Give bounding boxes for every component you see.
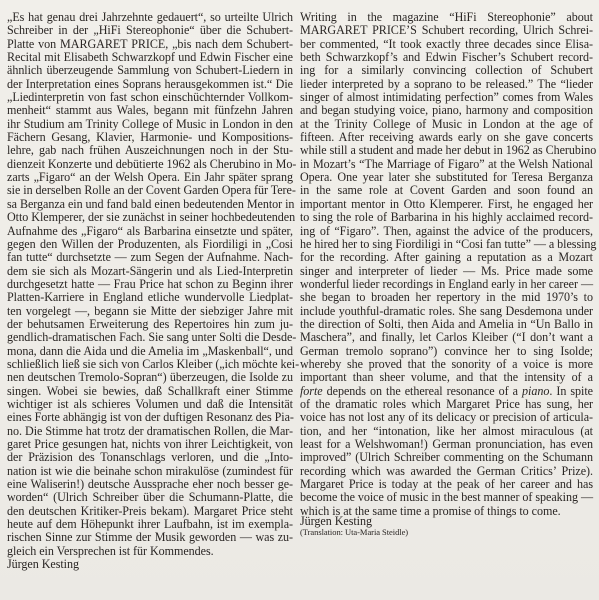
english-text-line: forte depends on the ethereal resonance …	[300, 385, 593, 398]
german-text-line: gendlich-dramatischen Fach. Sie sang unt…	[7, 331, 293, 344]
german-text-line: Platte von MARGARET PRICE, „bis nach dem…	[7, 38, 293, 51]
english-text-line: singer of almost intimidating perfection…	[300, 91, 593, 104]
german-text-line: nen deutschen Tremolo-Sopran“) überzeuge…	[7, 371, 293, 384]
german-text-line: Platten-Karriere in England etliche wund…	[7, 291, 293, 304]
german-text-line: Aufnahme des „Figaro“ als Barbarina eins…	[7, 225, 293, 238]
english-text-line: MARGARET PRICE’S Schubert recording, Ulr…	[300, 24, 593, 37]
german-text-line: der behutsamen Erweiterung des Repertoir…	[7, 318, 293, 331]
german-text-line: eines Forte abhängig ist von der duftige…	[7, 411, 293, 424]
english-text-line: fifteen. After receiving awards early on…	[300, 131, 593, 144]
text-fragment: . In spite	[549, 384, 593, 398]
german-text-line: sie in derselben Rolle an der Covent Gar…	[7, 184, 293, 197]
english-signature-block: Jürgen Kesting (Translation: Uta-Maria S…	[300, 515, 408, 537]
english-text-line: in Mozart’s “The Marriage of Figaro” at …	[300, 158, 593, 171]
german-text-line: gegen den Willen der Produzenten, als Fi…	[7, 238, 293, 251]
german-text-line: sa Berganza ein und fand bald einen bede…	[7, 198, 293, 211]
german-text-line: „Es hat genau drei Jahrzehnte gedauert“,…	[7, 11, 293, 24]
english-text-line: to sing the role of Barbarina in his hig…	[300, 211, 593, 224]
english-text-line: beth Schwarzkopf’s and Edwin Fischer’s S…	[300, 51, 593, 64]
english-text-line: Writing in the magazine “HiFi Stereophon…	[300, 11, 593, 24]
english-text-line: he hired her to sing Fiordiligi in “Cosi…	[300, 238, 593, 251]
english-text-line: ing for a similarly convincing collectio…	[300, 64, 593, 77]
english-text-line: and began studying voice, piano, harmony…	[300, 104, 593, 117]
english-text-line: for the recording. After gaining a reput…	[300, 251, 593, 264]
text-fragment: depends on the ethereal resonance of a	[323, 384, 522, 398]
english-text-line: Margaret Price is today at the peak of h…	[300, 478, 593, 491]
german-text-line: den deutschen Kritiker-Preis bekam). Mar…	[7, 505, 293, 518]
german-text-line: singen. Wobei sie bewies, daß Schallkraf…	[7, 385, 293, 398]
english-text-line: Opera. One year later she substituted fo…	[300, 171, 593, 184]
german-text-line: dem sie sich als Mozart-Sängerin und als…	[7, 265, 293, 278]
english-text-line: important than sheer volume, and that th…	[300, 371, 593, 384]
german-text-line: Schreiber in der „HiFi Stereophonie“ übe…	[7, 24, 293, 37]
english-text-line: recording which was awarded the German C…	[300, 465, 593, 478]
english-text-line: include youthful-dramatic roles. She san…	[300, 305, 593, 318]
german-text-line: wichtiger ist als schieres Volumen und d…	[7, 398, 293, 411]
german-text-line: Fächern Gesang, Klavier, Harmonie- und K…	[7, 131, 293, 144]
english-text-line: lieder interpreted by a soprano to be re…	[300, 78, 593, 91]
german-text-line: gleich ein Versprechen ist für Kommendes…	[7, 545, 293, 558]
english-text-line: at the Trinity College of Music in Londo…	[300, 118, 593, 131]
german-text-line: nation ist wie die beinahe schon mirakul…	[7, 465, 293, 478]
german-text-line: no. Die Stimme hat trotz der dramatische…	[7, 425, 293, 438]
english-text-line: improved” (Ulrich Schreiber commenting o…	[300, 451, 593, 464]
german-text-line: lehre, gab nach frühen Auszeichnungen no…	[7, 144, 293, 157]
english-text-line: important mentor in Otto Klemperer. Firs…	[300, 198, 593, 211]
italic-term-piano: piano	[522, 384, 549, 398]
english-text-line: ber commented, “It took exactly three de…	[300, 38, 593, 51]
german-text-line: worden“ (Ulrich Schreiber über die Schum…	[7, 491, 293, 504]
italic-term-forte: forte	[300, 384, 323, 398]
english-text-line: singer and interpreter of lieder — Ms. P…	[300, 265, 593, 278]
english-text-line: in the same role at Covent Garden and so…	[300, 184, 593, 197]
english-column: Writing in the magazine “HiFi Stereophon…	[300, 11, 593, 518]
english-text-line: Maschera”, and finally, let Carlos Kleib…	[300, 331, 593, 344]
english-text-line: wonderful lieder recordings in England e…	[300, 278, 593, 291]
german-text-line: ähnlich überzeugende Sammlung von Schube…	[7, 64, 293, 77]
english-author-signature: Jürgen Kesting	[300, 515, 408, 528]
german-text-line: eine Waliserin!) deutsche Aussprache ehe…	[7, 478, 293, 491]
german-text-line: zarts „Figaro“ an der Welsh Opera. Ein J…	[7, 171, 293, 184]
english-text-line: voice has not lost any of its delicacy o…	[300, 411, 593, 424]
german-text-line: der Interpretation eines Soprans herausg…	[7, 78, 293, 91]
german-text-line: mona, dann die Aida und die Amelia im „M…	[7, 345, 293, 358]
english-text-line: German tremolo soprano”) convince her to…	[300, 345, 593, 358]
german-author-signature: Jürgen Kesting	[7, 558, 293, 571]
german-text-line: heute auf dem Höhepunkt ihrer Laufbahn, …	[7, 518, 293, 531]
german-text-line: garet Price gesungen hat, nichts von ihr…	[7, 438, 293, 451]
german-text-line: Recital mit Elisabeth Schwarzkopf und Ed…	[7, 51, 293, 64]
english-text-line: ing of “Figaro”. Then, against the advic…	[300, 225, 593, 238]
english-text-line: while still a student and made her debut…	[300, 144, 593, 157]
english-text-line: she began to broaden her repertory in th…	[300, 291, 593, 304]
german-text-line: schließlich ließ sie sich von Carlos Kle…	[7, 358, 293, 371]
english-text-line: of the dramatic roles which Margaret Pri…	[300, 398, 593, 411]
english-body-text: Writing in the magazine “HiFi Stereophon…	[300, 11, 593, 518]
german-text-line: dienzeit Konzerte und debütierte 1962 al…	[7, 158, 293, 171]
english-text-line: least for a Welshwoman!) German pronunci…	[300, 438, 593, 451]
german-column: „Es hat genau drei Jahrzehnte gedauert“,…	[7, 11, 293, 571]
english-text-line: whereby she proved that the sonority of …	[300, 358, 593, 371]
german-text-line: ihr Studium am Trinity College of Music …	[7, 118, 293, 131]
english-text-line: tion, and her “intonation, like her almo…	[300, 425, 593, 438]
german-text-line: fan tutte“ durchsetzte — zum Segen der A…	[7, 251, 293, 264]
german-text-line: durchgesetzt hatte — Frau Price hat scho…	[7, 278, 293, 291]
german-text-line: „Liedinterpretin von fast schon einschüc…	[7, 91, 293, 104]
german-text-line: rischen Sinne zur Stimme der Musik gewor…	[7, 531, 293, 544]
english-text-line: the direction of Solti, then Aida and Am…	[300, 318, 593, 331]
english-text-line: become the voice of music in the best ma…	[300, 491, 593, 504]
german-text-line: Otto Klemperer, der sie zunächst in sein…	[7, 211, 293, 224]
german-text-line: menheit“ stammt aus Wales, begann mit fü…	[7, 104, 293, 117]
translation-credit: (Translation: Uta-Maria Steidle)	[300, 528, 408, 537]
german-text-line: ten vorgelegt —, begann sie Mitte der si…	[7, 305, 293, 318]
german-text-line: der Präzision des Tonanschlags verloren,…	[7, 451, 293, 464]
liner-notes-page: „Es hat genau drei Jahrzehnte gedauert“,…	[0, 0, 599, 600]
